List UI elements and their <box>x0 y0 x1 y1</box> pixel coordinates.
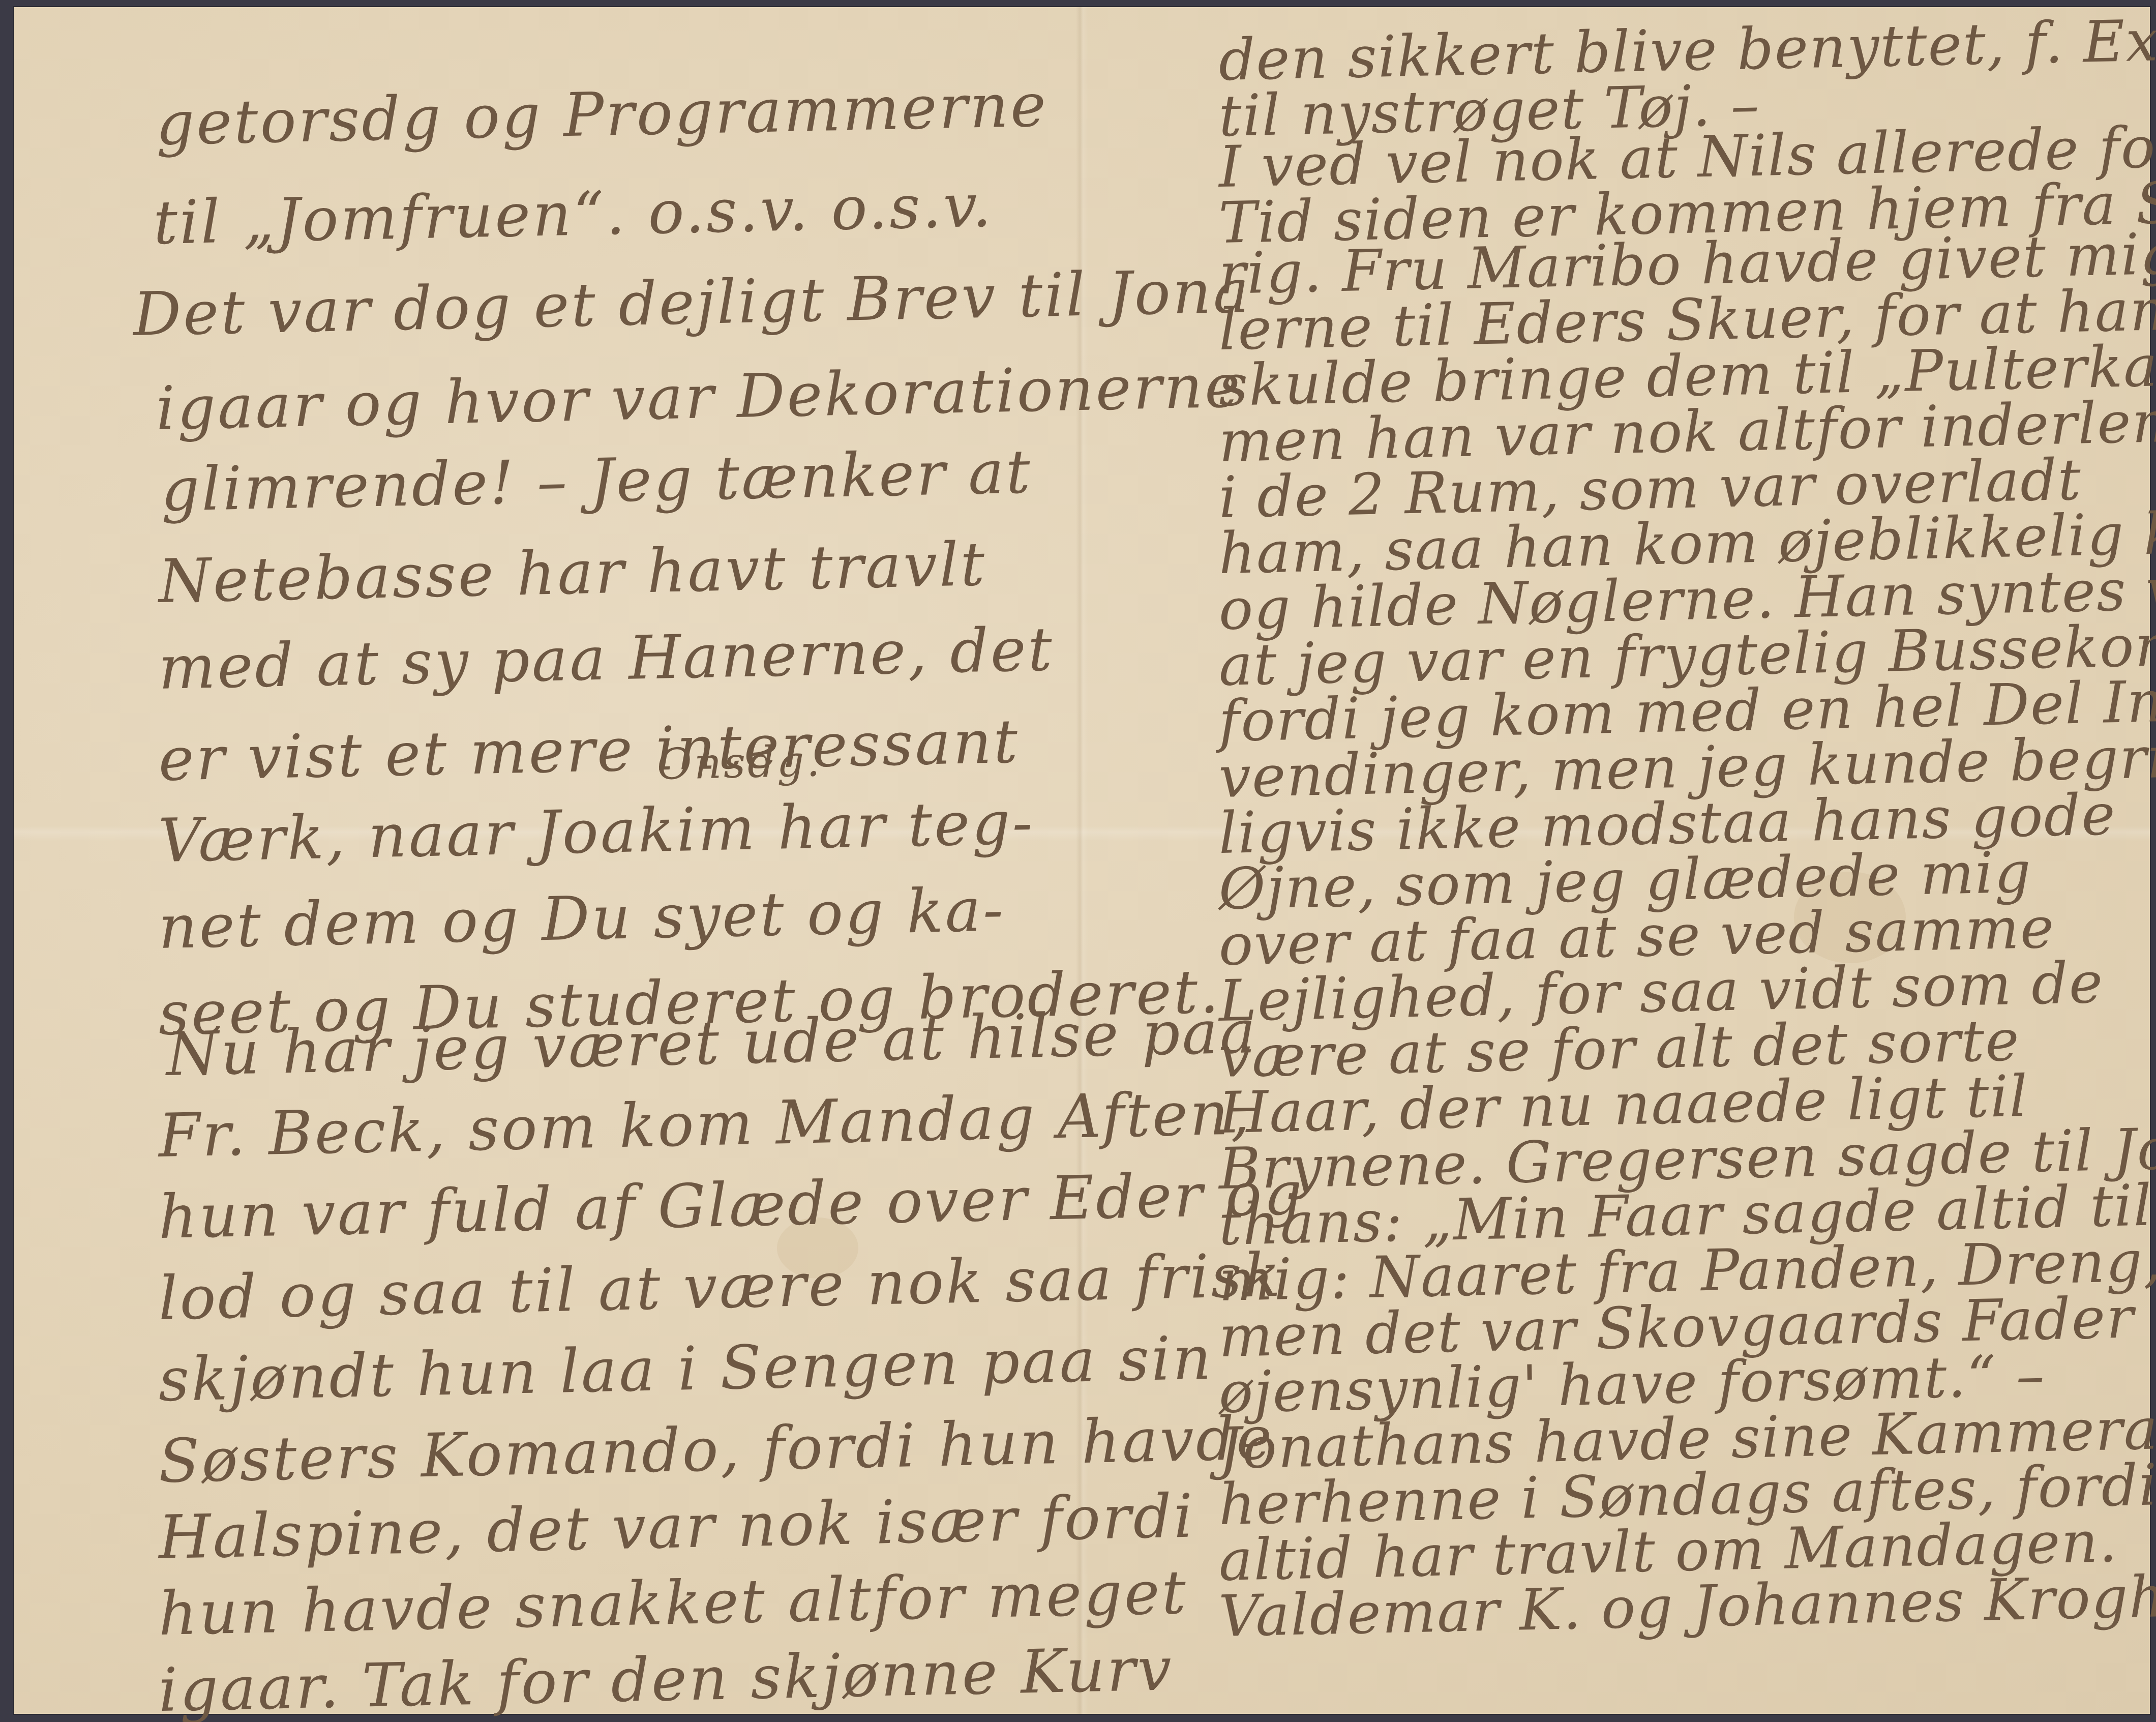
left-line-1: getorsdg og Programmerne <box>155 70 1049 159</box>
left-line-2: til „Jomfruen“. o.s.v. o.s.v. <box>153 170 994 258</box>
letter-sheet: getorsdg og Programmerne til „Jomfruen“.… <box>14 7 2150 1714</box>
left-line-19: hun havde snakket altfor meget <box>158 1557 1188 1649</box>
left-line-10: net dem og Du syet og ka- <box>158 874 1006 962</box>
left-line-18: Halspine, det var nok især fordi <box>158 1480 1195 1572</box>
left-line-5: glimrende! – Jeg tænker at <box>160 436 1033 525</box>
left-line-8: er vist et mere interessant <box>158 706 1021 794</box>
left-line-16: skjøndt hun laa i Sengen paa sin <box>158 1323 1214 1415</box>
section-heading-onsdag: Onsdg. <box>656 736 822 789</box>
left-line-4: igaar og hvor var Dekorationerne <box>155 350 1243 443</box>
left-line-9: Værk, naar Joakim har teg- <box>158 787 1035 876</box>
left-page: getorsdg og Programmerne til „Jomfruen“.… <box>14 7 1080 1714</box>
right-page: den sikkert blive benyttet, f. Ex. til n… <box>1082 7 2150 1714</box>
left-line-6: Netebasse har havt travlt <box>158 529 987 616</box>
left-line-7: med at sy paa Hanerne, det <box>158 614 1055 703</box>
left-line-20: igaar. Tak for den skjønne Kurv <box>158 1634 1174 1722</box>
